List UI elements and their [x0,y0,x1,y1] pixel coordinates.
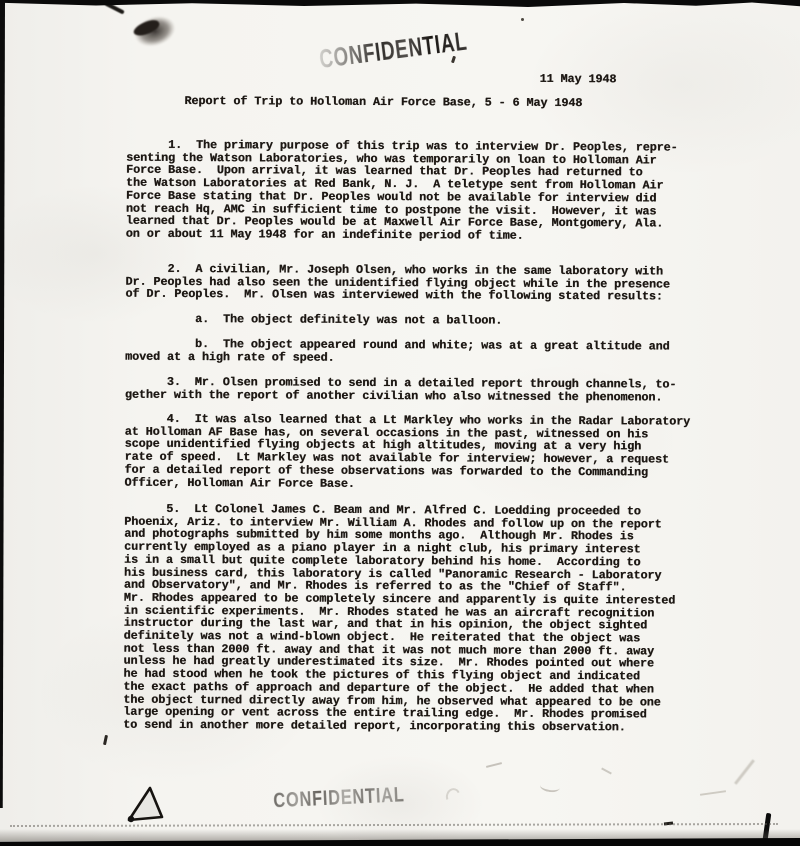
paragraph-5: 5. Lt Colonel James C. Beam and Mr. Alfr… [123,503,676,735]
confidential-stamp-bottom: CONFIDENTIAL [273,783,405,813]
paragraph-2-item-a: a. The object definitely was not a ballo… [125,313,502,328]
paragraph-2-item-b: b. The object appeared round and white; … [125,338,670,366]
document-date: 11 May 1948 [540,73,617,86]
paragraph-1: 1. The primary purpose of this trip was … [126,139,678,244]
paragraph-4: 4. It was also learned that a Lt Markley… [124,413,690,492]
paragraph-2: 2. A civilian, Mr. Joseph Olsen, who wor… [125,263,670,304]
confidential-stamp-top: CONFIDENTIAL [318,27,469,76]
document-title: Report of Trip to Holloman Air Force Bas… [184,95,582,110]
scanned-document-page: CONFIDENTIAL 11 May 1948 Report of Trip … [0,0,800,846]
paragraph-3: 3. Mr. Olsen promised to send in a detai… [125,376,677,404]
document-content: CONFIDENTIAL 11 May 1948 Report of Trip … [0,0,800,846]
